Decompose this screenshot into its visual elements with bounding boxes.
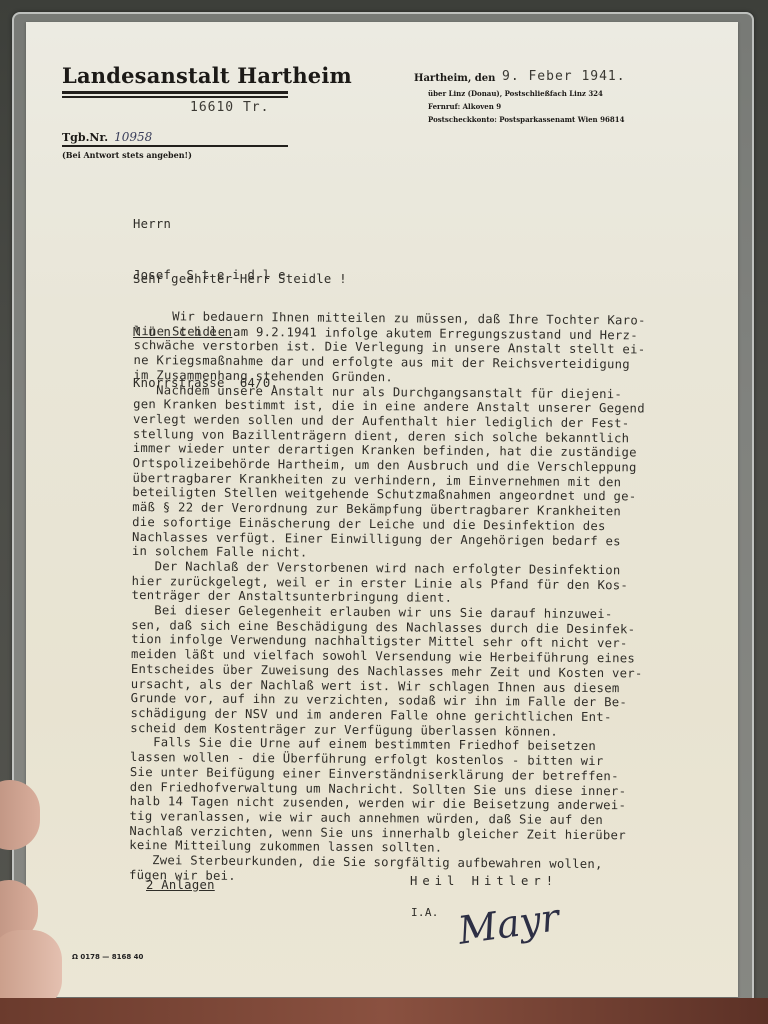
hand-holding-page [0,760,70,1024]
journal-number: Tgb.Nr.10958 [62,130,152,144]
bank-line: Postscheckkonto: Postsparkassenamt Wien … [428,115,624,124]
letter-body: Wir bedauern Ihnen mitteilen zu müssen, … [129,309,646,887]
journal-label: Tgb.Nr. [62,131,108,144]
enclosures: 2 Anlagen [146,878,215,892]
reply-note: (Bei Antwort stets angeben!) [62,150,192,160]
signature-prefix: I.A. [411,906,439,919]
header-rule [62,91,288,94]
reference-number: 16610 Tr. [190,100,269,115]
journal-handwritten: 10958 [114,130,152,144]
place-label: Hartheim, den [414,73,495,84]
finger [0,780,40,850]
institution-title: Landesanstalt Hartheim [62,63,352,88]
print-code: Ω 0178 — 8168 40 [72,953,143,961]
phone-line: Fernruf: Alkoven 9 [428,102,501,111]
greeting: Sehr geehrter Herr Steidle ! [133,272,347,286]
table-edge [0,998,768,1024]
letter-date: 9. Feber 1941. [502,69,626,84]
header-rule [62,96,288,98]
postal-address: über Linz (Donau), Postschließfach Linz … [428,89,603,98]
recipient-title: Herrn [133,216,286,233]
closing: Heil Hitler! [410,874,558,888]
journal-rule [62,145,288,147]
